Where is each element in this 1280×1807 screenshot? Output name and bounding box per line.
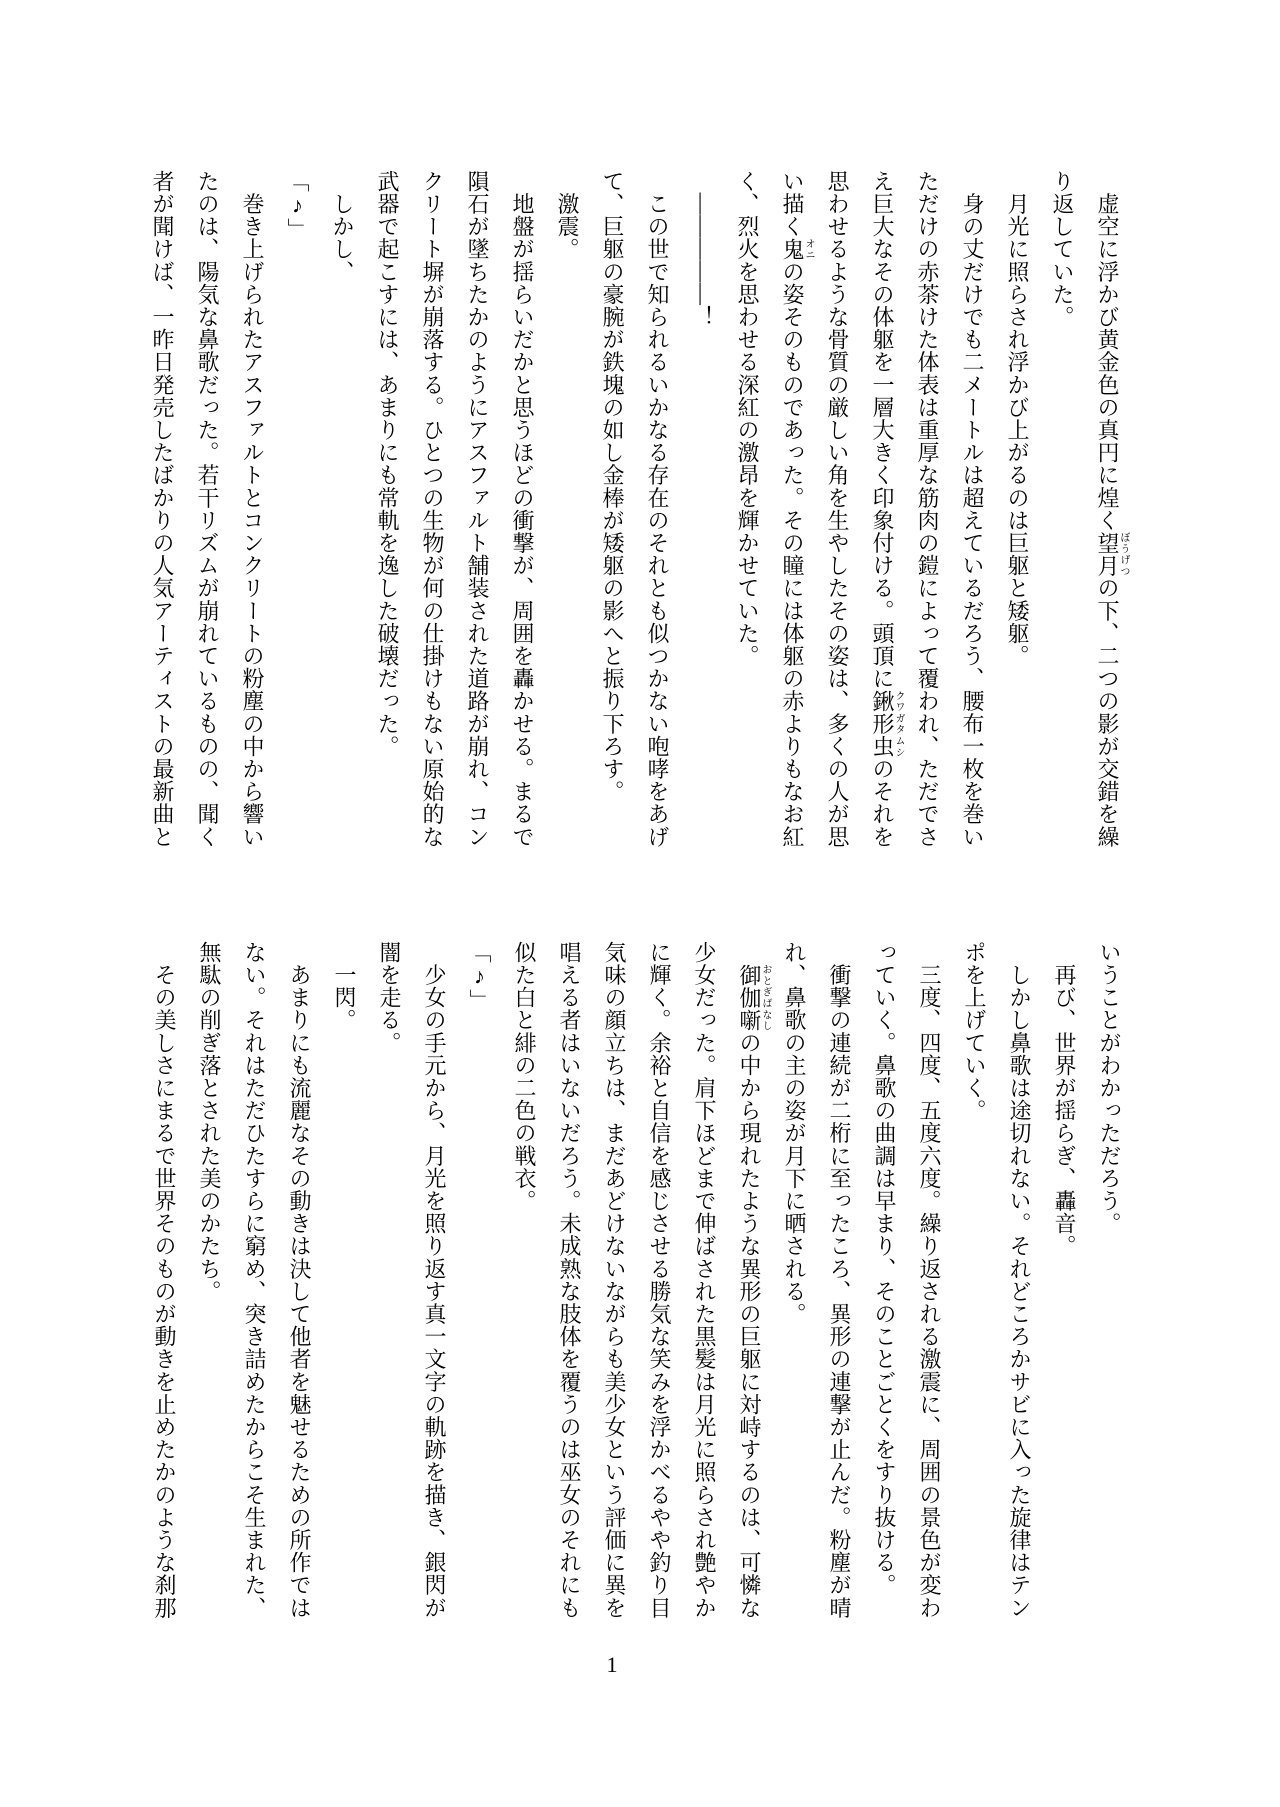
text-line: れ、鼻歌の主の姿が月下に晒される。 (772, 941, 817, 1623)
ruby-annotated-word: 望月ぼうげつ (1095, 532, 1120, 577)
text-line: く、烈火を思わせる深紅の激昂を輝かせていた。 (725, 170, 770, 852)
text-line: 唱える者はいないだろう。未成熟な肢体を覆うのは巫女のそれにも (547, 941, 592, 1623)
text-line: 隕石が墜ちたかのようにアスファルト舗装された道路が崩れ、コン (455, 170, 500, 852)
text-line: 巻き上げられたアスファルトとコンクリートの粉塵の中から響い (230, 170, 275, 852)
text-line: 思わせるような骨質の厳しい角を生やしたその姿は、多くの人が思 (815, 170, 860, 852)
text-line: い描く鬼オニの姿そのものであった。その瞳には体躯の赤よりもなお紅 (770, 170, 815, 852)
text-line: 激震。 (545, 170, 590, 852)
novel-page: 虚空に浮かび黄金色の真円に煌く望月ぼうげつの下、二つの影が交錯を繰り返していた。… (0, 0, 1280, 1807)
text-line: あまりにも流麗なその動きは決して他者を魅せるための所作では (277, 941, 322, 1623)
text-line: クリート塀が崩落する。ひとつの生物が何の仕掛けもない原始的な (410, 170, 455, 852)
text-line: 気味の顔立ちは、まだあどけないながらも美少女という評価に異を (592, 941, 637, 1623)
text-line: り返していた。 (1040, 170, 1085, 852)
text-line: 一閃。 (322, 941, 367, 1623)
text-line: 少女だった。肩下ほどまで伸ばされた黒髪は月光に照らされ艶やか (682, 941, 727, 1623)
text-band-lower: いうことがわかっただろう。 再び、世界が揺らぎ、轟音。 しかし鼻歌は途切れない。… (142, 941, 1132, 1623)
ruby-annotated-word: 鍬形虫クワガタムシ (870, 690, 895, 758)
text-line: 身の丈だけでも二メートルは超えているだろう、腰布一枚を巻い (950, 170, 995, 852)
text-line: しかし鼻歌は途切れない。それどころかサビに入った旋律はテン (997, 941, 1042, 1623)
ruby-annotated-word: 御伽噺おとぎばなし (737, 964, 762, 1032)
text-line: 者が聞けば、一昨日発売したばかりの人気アーティストの最新曲と (140, 170, 185, 852)
text-line: ―――――！ (680, 170, 725, 852)
text-line: 御伽噺おとぎばなしの中から現れたような異形の巨躯に対峙するのは、可憐な (727, 941, 772, 1623)
text-line: ただけの赤茶けた体表は重厚な筋肉の鎧によって覆われ、ただでさ (905, 170, 950, 852)
text-line: 再び、世界が揺らぎ、轟音。 (1042, 941, 1087, 1623)
text-line: っていく。鼻歌の曲調は早まり、そのことごとくをすり抜ける。 (862, 941, 907, 1623)
text-line: しかし、 (320, 170, 365, 852)
text-line: ない。それはただひたすらに窮め、突き詰めたからこそ生まれた、 (232, 941, 277, 1623)
page-number: 1 (0, 1652, 1252, 1678)
text-line: て、巨躯の豪腕が鉄塊の如し金棒が矮躯の影へと振り下ろす。 (590, 170, 635, 852)
text-line: 地盤が揺らいだかと思うほどの衝撃が、周囲を轟かせる。まるで (500, 170, 545, 852)
text-line: ポを上げていく。 (952, 941, 997, 1623)
text-line: その美しさにまるで世界そのものが動きを止めたかのような刹那 (142, 941, 187, 1623)
text-line: たのは、陽気な鼻歌だった。若干リズムが崩れているものの、聞く (185, 170, 230, 852)
text-line: いうことがわかっただろう。 (1087, 941, 1132, 1623)
text-line: 三度、四度、五度六度。繰り返される激震に、周囲の景色が変わ (907, 941, 952, 1623)
text-line: え巨大なその体躯を一層大きく印象付ける。頭頂に鍬形虫クワガタムシのそれを (860, 170, 905, 852)
text-line: この世で知られるいかなる存在のそれとも似つかない咆哮をあげ (635, 170, 680, 852)
text-line: 虚空に浮かび黄金色の真円に煌く望月ぼうげつの下、二つの影が交錯を繰 (1085, 170, 1130, 852)
text-line: 似た白と緋の二色の戦衣。 (502, 941, 547, 1623)
ruby-annotated-word: 鬼オニ (780, 238, 805, 261)
text-line: 衝撃の連続が二桁に至ったころ、異形の連撃が止んだ。粉塵が晴 (817, 941, 862, 1623)
text-line: 武器で起こすには、あまりにも常軌を逸した破壊だった。 (365, 170, 410, 852)
text-line: 「♪」 (275, 170, 320, 852)
text-band-upper: 虚空に浮かび黄金色の真円に煌く望月ぼうげつの下、二つの影が交錯を繰り返していた。… (140, 170, 1130, 852)
text-line: 無駄の削ぎ落とされた美のかたち。 (187, 941, 232, 1623)
text-line: 少女の手元から、月光を照り返す真一文字の軌跡を描き、銀閃が (412, 941, 457, 1623)
text-line: に輝く。余裕と自信を感じさせる勝気な笑みを浮かべるやや釣り目 (637, 941, 682, 1623)
text-line: 闇を走る。 (367, 941, 412, 1623)
text-line: 月光に照らされ浮かび上がるのは巨躯と矮躯。 (995, 170, 1040, 852)
text-line: 「♪」 (457, 941, 502, 1623)
